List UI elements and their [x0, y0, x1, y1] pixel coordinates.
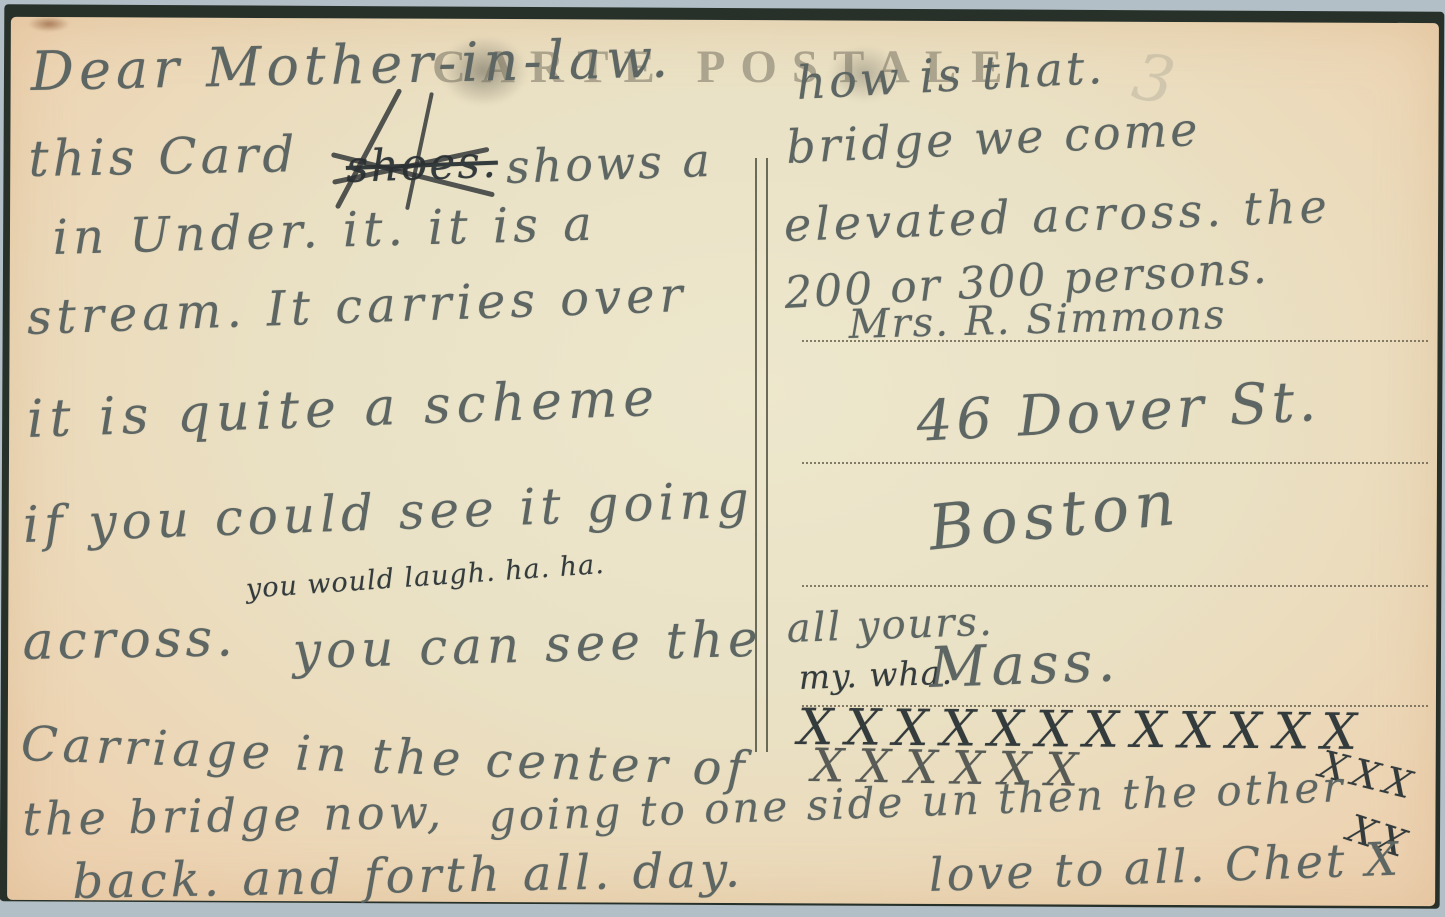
handwritten-line: across.: [22, 608, 237, 672]
handwritten-line: this Card: [28, 125, 299, 188]
handwritten-greeting: Dear Mother-in-law.: [30, 27, 674, 103]
address-dotted-line: [802, 462, 1428, 464]
handwritten-line: the bridge now,: [22, 785, 446, 846]
paper-stain: [28, 16, 70, 32]
handwritten-line: back. and forth all. day.: [72, 842, 744, 910]
address-dotted-line: [802, 585, 1428, 587]
handwritten-line: shows a: [505, 133, 714, 194]
address-state: Mass.: [928, 629, 1121, 701]
handwritten-line: you can see the: [292, 610, 763, 680]
